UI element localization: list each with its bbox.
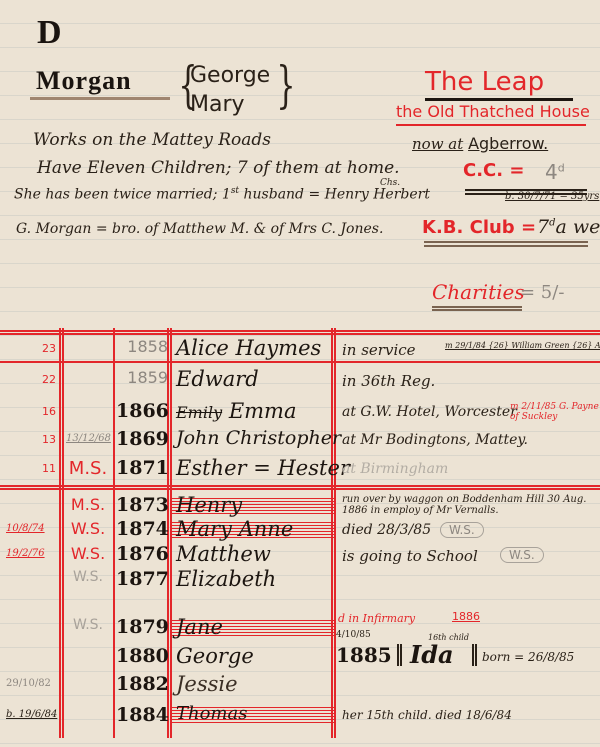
child-extra: m 2/11/85 G. Payne of Suckley: [510, 402, 600, 422]
family-surname: Morgan: [36, 66, 132, 96]
address-subtitle: the Old Thatched House: [396, 102, 590, 121]
child-mark: W.S.: [62, 519, 114, 538]
child-left-note: 13/12/68: [66, 433, 111, 444]
child-birth-year: 1873: [116, 494, 168, 516]
child-birth-year: 1871: [116, 457, 168, 479]
now-at-prefix: now at: [412, 135, 463, 153]
cc-value: 4d: [545, 160, 565, 184]
child-birth-year: 1869: [116, 428, 168, 450]
ida-date-above: 4/10/85: [336, 630, 371, 640]
child-left-note: b. 19/6/84: [6, 709, 57, 720]
child-row: 29/10/82 1882 Jessie: [0, 673, 600, 697]
child-age: 23: [0, 342, 56, 355]
address-title-underline: [425, 98, 573, 101]
child-note: d in Infirmary: [338, 612, 415, 625]
child-birth-year: 1874: [116, 518, 168, 540]
child-age: 11: [0, 462, 56, 475]
child-birth-year: 1858: [116, 337, 168, 356]
kb-amount: 7: [537, 216, 549, 238]
child-name: George: [176, 644, 254, 668]
child-name: Elizabeth: [176, 567, 276, 591]
child-name: Jane: [176, 615, 223, 639]
child-mark: W.S.: [62, 544, 114, 563]
child-note: run over by waggon on Boddenham Hill 30 …: [342, 494, 592, 516]
child-birth-year: 1866: [116, 400, 168, 422]
child-birth-year: 1884: [116, 704, 168, 726]
child-name: John Christopher: [176, 427, 341, 449]
child-birth-year: 1876: [116, 543, 168, 565]
kb-club-value: 7da week: [537, 216, 600, 238]
child-row: W.S. 1877 Elizabeth: [0, 568, 600, 592]
struck-name: Emily: [176, 403, 222, 422]
child-row: M.S. 1873 Henry run over by waggon on Bo…: [0, 494, 600, 518]
child-birth-year: 1859: [116, 368, 168, 387]
charities-value: = 5/-: [520, 282, 564, 303]
child-row: 10/8/74 W.S. 1874 Mary Anne died 28/3/85…: [0, 518, 600, 542]
child-left-note: 19/2/76: [6, 548, 45, 559]
child-note: at Mr Bodingtons, Mattey.: [342, 432, 528, 448]
child-birth-year: 1882: [116, 673, 168, 695]
child-row: W.S. 1879 Jane d in Infirmary 1886: [0, 616, 600, 640]
ida-divider-right: [472, 644, 474, 666]
child-name: Alice Haymes: [176, 336, 321, 360]
child-extra: 1886: [452, 610, 480, 623]
child-note: her 15th child. died 18/6/84: [342, 708, 512, 722]
child-row: 13 13/12/68 1869 John Christopher at Mr …: [0, 428, 600, 452]
kb-underline: [424, 241, 588, 243]
kb-club-label: K.B. Club =: [422, 217, 536, 238]
ida-born: born = 26/8/85: [482, 650, 574, 664]
child-mark: W.S.: [62, 617, 114, 633]
surname-underline: [30, 97, 170, 100]
address-now-at: now at Agberrow.: [412, 134, 548, 153]
note-marriage: She has been twice married; 1st husband …: [14, 186, 430, 203]
cc-amount: 4: [545, 160, 558, 184]
child-left-note: 29/10/82: [6, 678, 51, 689]
note-occupation: Works on the Mattey Roads: [33, 130, 271, 150]
child-age: 16: [0, 405, 56, 418]
note-marriage-prefix: She has been twice married; 1: [14, 187, 231, 203]
child-age: 13: [0, 433, 56, 446]
child-note: at G.W. Hotel, Worcester: [342, 404, 517, 420]
register-top-rule: [0, 330, 600, 332]
child-birth-year: 1879: [116, 616, 168, 638]
child-note: in service: [342, 341, 416, 359]
child-row: 22 1859 Edward in 36th Reg.: [0, 368, 600, 392]
child-name: Edward: [176, 367, 259, 391]
child-note: in 36th Reg.: [342, 372, 435, 390]
now-at-place: Agberrow.: [468, 134, 548, 153]
child-name: Emily Emma: [176, 399, 297, 423]
note-husband-birth: b. 30/7/71 = 35yrs: [505, 191, 599, 202]
child-note: is going to School: [342, 547, 478, 565]
cc-label: C.C. =: [463, 160, 524, 181]
child-age: 22: [0, 373, 56, 386]
child-birth-year: 1880: [116, 645, 168, 667]
ida-divider-left: [397, 644, 399, 666]
child-row: 16 1866 Emily Emma at G.W. Hotel, Worces…: [0, 400, 600, 424]
address-title: The Leap: [425, 67, 544, 97]
row-rule-alice: [0, 361, 600, 363]
child-left-note: 10/8/74: [6, 523, 45, 534]
corrected-name: Emma: [229, 399, 297, 423]
cc-unit: d: [558, 161, 565, 174]
child-birth-year: 1877: [116, 568, 168, 590]
charities-underline: [432, 306, 522, 308]
child-mark: M.S.: [62, 495, 114, 514]
child-row: 23 1858 Alice Haymes in service m 29/1/8…: [0, 337, 600, 361]
note-marriage-suffix: husband = Henry Herbert: [239, 187, 430, 203]
ida-name: Ida: [410, 640, 454, 669]
note-marriage-sup: st: [231, 186, 239, 196]
ida-year: 1885: [336, 643, 392, 667]
section-letter: D: [37, 14, 62, 52]
note-children: Have Eleven Children; 7 of them at home.: [37, 158, 400, 178]
right-brace: }: [276, 56, 295, 114]
row-rule-group: [0, 485, 600, 487]
child-note: died 28/3/85: [342, 522, 431, 538]
child-row: b. 19/6/84 1884 Thomas her 15th child. d…: [0, 704, 600, 728]
child-name: Mary Anne: [176, 517, 293, 541]
child-extra-oval: W.S.: [440, 522, 484, 538]
given-name-husband: George: [190, 63, 270, 88]
child-name: Matthew: [176, 542, 271, 566]
cc-underline: [465, 189, 587, 191]
child-mark: M.S.: [62, 458, 114, 479]
child-name: Thomas: [176, 703, 247, 724]
child-name: Henry: [176, 493, 242, 517]
charities-label: Charities: [432, 280, 525, 304]
child-row: 19/2/76 W.S. 1876 Matthew is going to Sc…: [0, 543, 600, 567]
address-subtitle-underline: [396, 124, 586, 126]
child-extra-oval: W.S.: [500, 547, 544, 563]
child-name: Jessie: [176, 672, 238, 696]
child-extra: m 29/1/84 {26} William Green {26} Alice …: [445, 341, 600, 350]
given-name-wife: Mary: [190, 92, 245, 117]
child-row: 11 M.S. 1871 Esther = Hester at Birmingh…: [0, 457, 600, 481]
child-note: at Birmingham: [342, 461, 448, 477]
note-relations: G. Morgan = bro. of Matthew M. & of Mrs …: [16, 221, 383, 237]
child-mark: W.S.: [62, 569, 114, 585]
kb-suffix: a week: [556, 216, 600, 238]
child-name: Esther = Hester: [176, 456, 350, 480]
